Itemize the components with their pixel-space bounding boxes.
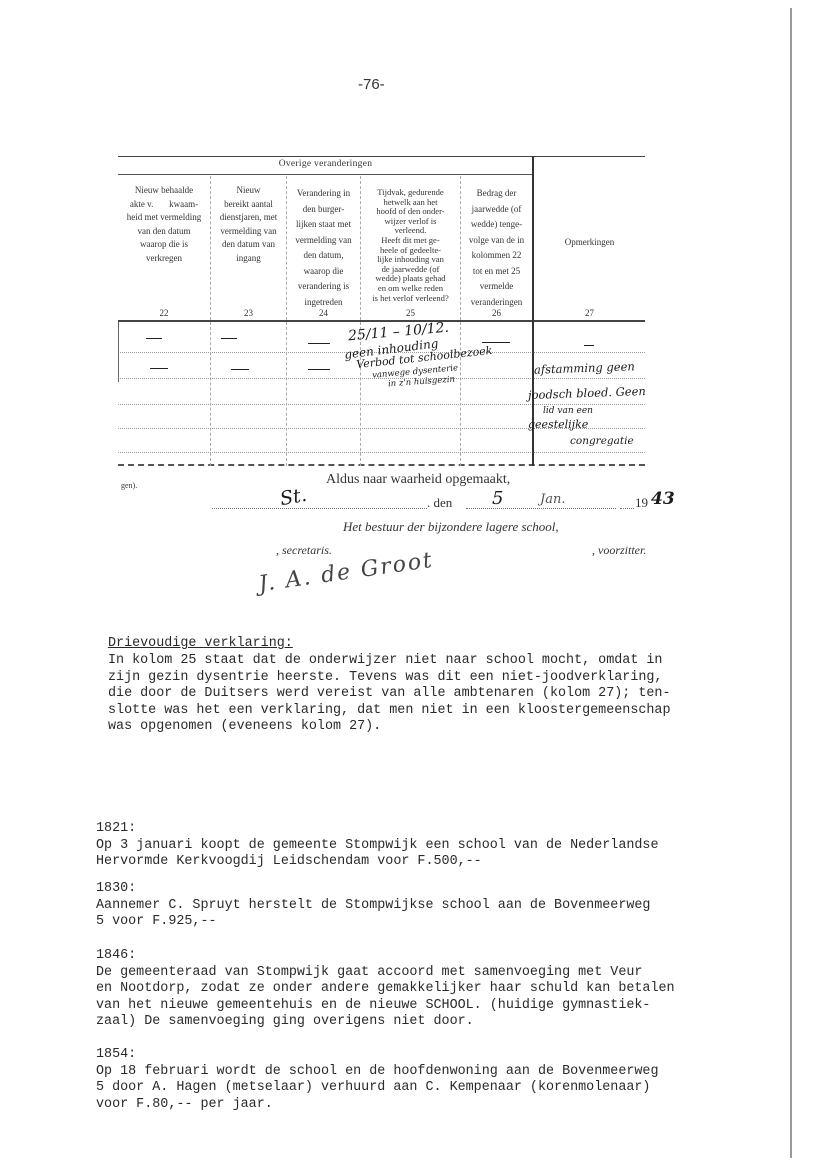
empty-entry-dash — [146, 338, 162, 339]
history-line: Aannemer C. Spruyt herstelt de Stompwijk… — [96, 898, 650, 915]
history-year: 1821: — [96, 821, 659, 838]
form-table: Overige veranderingen Nieuw behaalde akt… — [118, 156, 645, 466]
header-bottom-rule — [118, 320, 645, 322]
handwritten-year: 43 — [651, 489, 675, 509]
empty-entry-dash — [308, 343, 330, 344]
explanation-line: die door de Duitsers werd vereist van al… — [108, 686, 671, 703]
table-bottom-rule — [118, 464, 645, 466]
handwritten-day: 5 — [492, 488, 503, 509]
handwritten-remark: geestelijke — [528, 418, 588, 431]
column-number: 26 — [461, 308, 532, 318]
history-entry-1830: 1830: Aannemer C. Spruyt herstelt de Sto… — [96, 881, 650, 931]
history-entry-1854: 1854: Op 18 februari wordt de school en … — [96, 1047, 659, 1113]
handwritten-remark: joodsch bloed. Geen — [528, 384, 646, 402]
year-dotline — [620, 508, 634, 509]
handwritten-remark: afstamming geen — [534, 359, 635, 377]
empty-entry-dash — [308, 369, 330, 370]
column-number: 22 — [118, 308, 210, 318]
history-line: 5 door A. Hagen (metselaar) verhuurd aan… — [96, 1080, 659, 1097]
history-line: 5 voor F.925,-- — [96, 914, 650, 931]
header-col-23: Nieuw bereikt aantal dienstjaren, met ve… — [211, 184, 286, 265]
empty-entry-dash — [584, 345, 594, 346]
table-top-rule — [118, 156, 645, 157]
explanation-line: zijn gezin dysentrie heerste. Tevens was… — [108, 670, 671, 687]
chairman-label: , voorzitter. — [592, 543, 646, 558]
empty-entry-dash — [482, 342, 510, 343]
empty-entry-dash — [231, 369, 249, 370]
header-col-25: Tijdvak, gedurende hetwelk aan het hoofd… — [361, 188, 460, 303]
history-entry-1821: 1821: Op 3 januari koopt de gemeente Sto… — [96, 821, 659, 871]
explanation-body: In kolom 25 staat dat de onderwijzer nie… — [108, 653, 671, 736]
column-number: 23 — [211, 308, 286, 318]
history-year: 1830: — [96, 881, 650, 898]
header-col-26: Bedrag der jaarwedde (of wedde) tenge- v… — [461, 186, 532, 310]
place-dotline — [212, 508, 427, 509]
explanation-heading: Drievoudige verklaring: — [108, 636, 293, 653]
secretary-label: , secretaris. — [276, 543, 332, 558]
handwritten-month: Jan. — [540, 492, 565, 507]
scan-edge-line — [790, 8, 792, 1158]
explanation-line: was opgenomen (eveneens kolom 27). — [108, 719, 671, 736]
explanation-line: In kolom 25 staat dat de onderwijzer nie… — [108, 653, 671, 670]
history-line: zaal) De samenvoeging ging overigens nie… — [96, 1014, 675, 1031]
date-dotline — [466, 508, 616, 509]
history-line: en Nootdorp, zodat ze onder andere gemak… — [96, 981, 675, 998]
column-number: 27 — [534, 308, 645, 318]
header-col-22: Nieuw behaalde akte v. kwaam- heid met v… — [118, 184, 210, 265]
page-number: -76- — [358, 76, 385, 93]
column-number: 25 — [361, 308, 460, 318]
handwritten-place: St. — [278, 484, 308, 510]
empty-entry-dash — [221, 338, 237, 339]
history-line: Op 3 januari koopt de gemeente Stompwijk… — [96, 838, 659, 855]
year-printed: 19 — [635, 495, 648, 511]
history-entry-1846: 1846: De gemeenteraad van Stompwijk gaat… — [96, 948, 675, 1031]
group-title: Overige veranderingen — [118, 159, 533, 169]
row-rule — [118, 452, 645, 453]
history-line: De gemeenteraad van Stompwijk gaat accoo… — [96, 965, 675, 982]
explanation-line: slotte was het een verklaring, dat men n… — [108, 703, 671, 720]
handwritten-remark: congregatie — [570, 435, 634, 447]
attestation-line: Aldus naar waarheid opgemaakt, — [326, 472, 510, 488]
header-col-27: Opmerkingen — [534, 236, 645, 250]
column-number: 24 — [287, 308, 360, 318]
history-year: 1854: — [96, 1047, 659, 1064]
margin-fragment: gen). — [121, 481, 137, 490]
history-line: Op 18 februari wordt de school en de hoo… — [96, 1064, 659, 1081]
history-line: voor F.80,-- per jaar. — [96, 1097, 659, 1114]
board-line: Het bestuur der bijzondere lagere school… — [343, 519, 559, 535]
history-line: Hervormde Kerkvoogdij Leidschendam voor … — [96, 854, 659, 871]
empty-entry-dash — [150, 368, 168, 369]
history-line: van het nieuwe gemeentehuis en de nieuwe… — [96, 998, 675, 1015]
history-year: 1846: — [96, 948, 675, 965]
left-edge — [118, 322, 119, 382]
handwritten-remark: lid van een — [543, 406, 593, 416]
header-col-24: Verandering in den burger- lijken staat … — [287, 186, 360, 310]
date-prefix: . den — [427, 495, 452, 511]
group-title-rule — [118, 174, 533, 175]
row-rule — [118, 404, 645, 405]
